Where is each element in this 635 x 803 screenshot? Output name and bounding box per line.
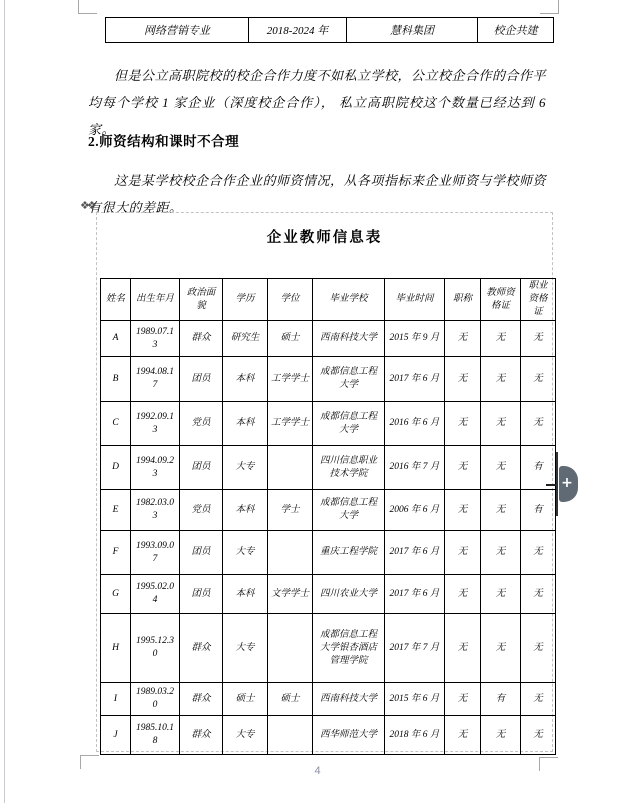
table-cell: 无 (481, 490, 521, 531)
table-cell: 无 (521, 321, 556, 357)
table-cell: 2015 年 9 月 (385, 321, 445, 357)
table-cell: 无 (481, 614, 521, 683)
page-number: 4 (0, 765, 635, 777)
info-table-body: A1989.07.13群众研究生硕士西南科技大学2015 年 9 月无无无B19… (101, 321, 556, 755)
table-cell: 无 (521, 531, 556, 575)
document-header-table: 网络营销专业 2018-2024 年 慧科集团 校企共建 (105, 17, 554, 43)
teacher-info-table: 姓名出生年月政治面貌学历学位毕业学校毕业时间职称教师资格证职业资格证 A1989… (100, 278, 556, 755)
side-tab-button[interactable]: + (559, 466, 578, 502)
table-cell (268, 614, 313, 683)
table-cell: 无 (521, 614, 556, 683)
table-cell: 无 (445, 531, 481, 575)
table-cell: 1989.03.20 (131, 683, 180, 716)
table-cell: 群众 (180, 614, 223, 683)
table-cell: 西南科技大学 (313, 683, 385, 716)
header-cell-major: 网络营销专业 (106, 18, 249, 43)
table-cell: 无 (445, 575, 481, 614)
table-cell: D (101, 446, 131, 490)
table-cell: 无 (481, 446, 521, 490)
table-cell: 本科 (223, 357, 268, 402)
table-cell: 成都信息工程大学 (313, 402, 385, 446)
table-cell: 无 (521, 716, 556, 755)
table-cell: 研究生 (223, 321, 268, 357)
table-cell: 西南科技大学 (313, 321, 385, 357)
table-cell: 无 (481, 531, 521, 575)
table-cell (268, 531, 313, 575)
header-cell-years: 2018-2024 年 (249, 18, 347, 43)
table-cell: 群众 (180, 683, 223, 716)
column-header: 职称 (445, 279, 481, 321)
table-cell: C (101, 402, 131, 446)
table-cell: 大专 (223, 446, 268, 490)
table-cell: 无 (445, 446, 481, 490)
table-row: A1989.07.13群众研究生硕士西南科技大学2015 年 9 月无无无 (101, 321, 556, 357)
table-cell (268, 716, 313, 755)
table-cell: 四川农业大学 (313, 575, 385, 614)
table-cell: 团员 (180, 531, 223, 575)
table-cell: 2017 年 7 月 (385, 614, 445, 683)
table-cell: F (101, 531, 131, 575)
table-cell: 无 (445, 683, 481, 716)
column-header: 学位 (268, 279, 313, 321)
table-row: B1994.08.17团员本科工学学士成都信息工程大学2017 年 6 月无无无 (101, 357, 556, 402)
table-cell: 无 (481, 357, 521, 402)
table-cell: 无 (521, 575, 556, 614)
table-cell: 1995.02.04 (131, 575, 180, 614)
table-cell: 1994.09.23 (131, 446, 180, 490)
table-cell: 成都信息工程大学 (313, 490, 385, 531)
table-cell: 无 (481, 402, 521, 446)
object-anchor-icon: ❖❖ (80, 199, 94, 212)
table-cell: 团员 (180, 446, 223, 490)
column-header: 学历 (223, 279, 268, 321)
column-header: 职业资格证 (521, 279, 556, 321)
table-cell: 本科 (223, 575, 268, 614)
table-cell: 2018 年 6 月 (385, 716, 445, 755)
column-header: 教师资格证 (481, 279, 521, 321)
margin-cropmark-top-left (78, 0, 97, 14)
table-cell: 工学学士 (268, 402, 313, 446)
table-cell: 2015 年 6 月 (385, 683, 445, 716)
table-cell: 无 (445, 402, 481, 446)
section-heading: 2.师资结构和课时不合理 (88, 130, 239, 150)
table-cell: 工学学士 (268, 357, 313, 402)
table-cell: 本科 (223, 490, 268, 531)
table-cell: 成都信息工程大学 (313, 357, 385, 402)
table-cell: 有 (521, 490, 556, 531)
table-cell: 2016 年 7 月 (385, 446, 445, 490)
table-row: J1985.10.18群众大专西华师范大学2018 年 6 月无无无 (101, 716, 556, 755)
table-cell: 无 (445, 490, 481, 531)
column-header: 姓名 (101, 279, 131, 321)
table-cell: 无 (445, 321, 481, 357)
column-header: 政治面貌 (180, 279, 223, 321)
table-row: F1993.09.07团员大专重庆工程学院2017 年 6 月无无无 (101, 531, 556, 575)
table-row: E1982.03.03党员本科学士成都信息工程大学2006 年 6 月无无有 (101, 490, 556, 531)
column-header: 毕业学校 (313, 279, 385, 321)
table-cell: 文学学士 (268, 575, 313, 614)
table-cell: 无 (521, 683, 556, 716)
table-row: G1995.02.04团员本科文学学士四川农业大学2017 年 6 月无无无 (101, 575, 556, 614)
table-cell: 学士 (268, 490, 313, 531)
header-cell-group: 慧科集团 (347, 18, 478, 43)
table-cell: 有 (481, 683, 521, 716)
table-cell: 无 (445, 614, 481, 683)
plus-icon: + (560, 475, 574, 491)
table-row: I1989.03.20群众硕士硕士西南科技大学2015 年 6 月无有无 (101, 683, 556, 716)
selection-edge-line (556, 452, 558, 516)
table-cell: 2006 年 6 月 (385, 490, 445, 531)
table-cell: 无 (445, 716, 481, 755)
table-cell: 硕士 (268, 321, 313, 357)
table-cell: 无 (521, 357, 556, 402)
table-cell: 大专 (223, 531, 268, 575)
table-cell: 硕士 (223, 683, 268, 716)
table-cell: 硕士 (268, 683, 313, 716)
table-cell: 团员 (180, 357, 223, 402)
table-cell: 无 (481, 321, 521, 357)
page-edge-line (4, 0, 5, 803)
table-cell: 成都信息工程大学银杏酒店管理学院 (313, 614, 385, 683)
document-page: 网络营销专业 2018-2024 年 慧科集团 校企共建 但是公立高职院校的校企… (0, 0, 635, 803)
table-cell: J (101, 716, 131, 755)
table-cell: H (101, 614, 131, 683)
table-cell: 群众 (180, 716, 223, 755)
table-cell: 四川信息职业技术学院 (313, 446, 385, 490)
table-cell: 1995.12.30 (131, 614, 180, 683)
table-cell: 2017 年 6 月 (385, 575, 445, 614)
header-cell-type: 校企共建 (478, 18, 554, 43)
table-cell: 1982.03.03 (131, 490, 180, 531)
table-cell: 有 (521, 446, 556, 490)
table-cell: 无 (445, 357, 481, 402)
table-cell: 大专 (223, 614, 268, 683)
table-cell: E (101, 490, 131, 531)
table-cell: 1992.09.13 (131, 402, 180, 446)
table-cell (268, 446, 313, 490)
table-cell: 1993.09.07 (131, 531, 180, 575)
column-header: 出生年月 (131, 279, 180, 321)
table-cell: 团员 (180, 575, 223, 614)
table-cell: 2017 年 6 月 (385, 357, 445, 402)
table-cell: B (101, 357, 131, 402)
table-cell: 大专 (223, 716, 268, 755)
table-title: 企业教师信息表 (96, 226, 553, 247)
info-table-header-row: 姓名出生年月政治面貌学历学位毕业学校毕业时间职称教师资格证职业资格证 (101, 279, 556, 321)
table-cell: 无 (481, 716, 521, 755)
table-row: H1995.12.30群众大专成都信息工程大学银杏酒店管理学院2017 年 7 … (101, 614, 556, 683)
table-cell: 2016 年 6 月 (385, 402, 445, 446)
table-cell: 重庆工程学院 (313, 531, 385, 575)
table-cell: 2017 年 6 月 (385, 531, 445, 575)
table-cell: 群众 (180, 321, 223, 357)
table-cell: 西华师范大学 (313, 716, 385, 755)
table-cell: 1994.08.17 (131, 357, 180, 402)
table-cell: A (101, 321, 131, 357)
table-cell: 无 (521, 402, 556, 446)
table-cell: 1985.10.18 (131, 716, 180, 755)
margin-cropmark-top-right (540, 0, 559, 14)
table-cell: 无 (481, 575, 521, 614)
column-header: 毕业时间 (385, 279, 445, 321)
table-row: D1994.09.23团员大专四川信息职业技术学院2016 年 7 月无无有 (101, 446, 556, 490)
table-cell: 本科 (223, 402, 268, 446)
table-cell: I (101, 683, 131, 716)
table-cell: 1989.07.13 (131, 321, 180, 357)
table-cell: G (101, 575, 131, 614)
table-cell: 党员 (180, 402, 223, 446)
table-cell: 党员 (180, 490, 223, 531)
table-row: C1992.09.13党员本科工学学士成都信息工程大学2016 年 6 月无无无 (101, 402, 556, 446)
